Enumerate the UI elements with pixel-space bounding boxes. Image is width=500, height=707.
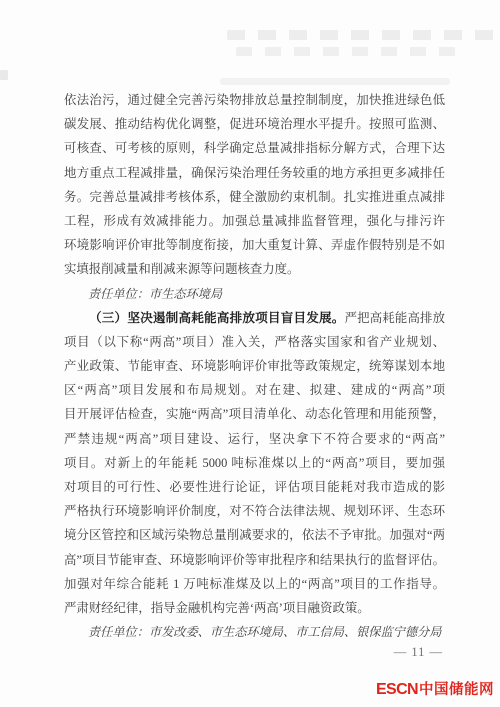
- text-segment: 严禁违规“两高”项目建设、运行，坚决拿下不符合要求的“两高”: [64, 432, 445, 446]
- text-line: 严格执行环境影响评价制度，对不符合法律法规、规划环评、生态环: [64, 499, 445, 523]
- text-segment: 产业政策、节能审查、环境影响评价审批等政策规定，统筹谋划本地: [64, 359, 445, 373]
- text-segment: 目开展评估检查，实施“两高”项目清单化、动态化管理和用能预警，: [64, 407, 445, 421]
- document-text: 依法治污，通过健全完善污染物排放总量控制制度，加快推进绿色低碳发展、推动结构优化…: [64, 88, 445, 644]
- text-line: 高”项目节能审查、环境影响评价等审批程序和结果执行的监督评估。: [64, 548, 445, 572]
- paragraph-section-3-two-high-projects: （三）坚决遏制高耗能高排放项目盲目发展。严把高耗能高排放项目（以下称“两高”项目…: [64, 306, 445, 620]
- text-segment: 环境影响评价审批等制度衔接，加大重复计算、弄虚作假特别是不如: [64, 238, 445, 252]
- text-segment: 严格执行环境影响评价制度，对不符合法律法规、规划环评、生态环: [64, 504, 445, 518]
- text-line: 加强对年综合能耗 1 万吨标准煤及以上的“两高”项目的工作指导。: [64, 572, 445, 596]
- responsibility-unit-1: 责任单位：市生态环境局: [64, 282, 445, 306]
- escn-logo-latin-text: ESCN: [376, 681, 418, 699]
- text-segment: 实填报削减量和削减来源等问题核查力度。: [64, 262, 299, 276]
- text-segment: 加强对年综合能耗 1 万吨标准煤及以上的“两高”项目的工作指导。: [64, 577, 445, 591]
- text-segment: 境分区管控和区域污染物总量削减要求的，依法不予审批。加强对“两: [64, 528, 445, 542]
- text-segment: 区“两高”项目发展和布局规划。对在建、拟建、建成的“两高”项: [64, 383, 445, 397]
- text-segment: 碳发展、推动结构优化调整，促进环境治理水平提升。按照可监测、: [64, 117, 445, 131]
- escn-logo: ESCN 中国储能网: [376, 681, 494, 699]
- text-line: 实填报削减量和削减来源等问题核查力度。: [64, 257, 445, 281]
- text-line: 环境影响评价审批等制度衔接，加大重复计算、弄虚作假特别是不如: [64, 233, 445, 257]
- document-page: 依法治污，通过健全完善污染物排放总量控制制度，加快推进绿色低碳发展、推动结构优化…: [0, 0, 500, 707]
- responsibility-unit-2: 责任单位：市发改委、市生态环境局、市工信局、银保监宁德分局: [64, 620, 445, 644]
- scan-artifact-dashes-second: [236, 47, 464, 56]
- text-segment: 责任单位：市生态环境局: [88, 287, 222, 301]
- text-line: 对项目的可行性、必要性进行论证，评估项目能耗对我市造成的影响。: [64, 475, 445, 499]
- text-line: 地方重点工程减排量，确保污染治理任务较重的地方承担更多减排任: [64, 161, 445, 185]
- text-line: 责任单位：市发改委、市生态环境局、市工信局、银保监宁德分局: [64, 620, 445, 644]
- text-line: 境分区管控和区域污染物总量削减要求的，依法不予审批。加强对“两: [64, 523, 445, 547]
- text-line: 区“两高”项目发展和布局规划。对在建、拟建、建成的“两高”项: [64, 378, 445, 402]
- text-line: 严禁违规“两高”项目建设、运行，坚决拿下不符合要求的“两高”: [64, 427, 445, 451]
- text-line: 依法治污，通过健全完善污染物排放总量控制制度，加快推进绿色低: [64, 88, 445, 112]
- text-line: 务。完善总量减排考核体系，健全激励约束机制。扎实推进重点减排: [64, 185, 445, 209]
- bold-heading-segment: （三）坚决遏制高耗能高排放项目盲目发展。: [89, 311, 345, 325]
- text-segment: 可核查、可考核的原则，科学确定总量减排指标分解方式，合理下达: [64, 141, 445, 155]
- text-segment: 项目。对新上的年能耗 5000 吨标准煤以上的“两高”项目，要加强: [64, 456, 445, 470]
- text-line: 目开展评估检查，实施“两高”项目清单化、动态化管理和用能预警，: [64, 402, 445, 426]
- text-line: 项目（以下称“两高”项目）准入关，严格落实国家和省产业规划、: [64, 330, 445, 354]
- text-segment: 高”项目节能审查、环境影响评价等审批程序和结果执行的监督评估。: [64, 553, 445, 567]
- text-segment: 地方重点工程减排量，确保污染治理任务较重的地方承担更多减排任: [64, 166, 445, 180]
- text-line: 严肃财经纪律，指导金融机构完善‘两高’项目融资政策。: [64, 596, 445, 620]
- text-line: 碳发展、推动结构优化调整，促进环境治理水平提升。按照可监测、: [64, 112, 445, 136]
- text-segment: 严把高耗能高排放: [345, 311, 445, 325]
- scan-artifact-dashes-top: [227, 30, 497, 40]
- text-line: 项目。对新上的年能耗 5000 吨标准煤以上的“两高”项目，要加强: [64, 451, 445, 475]
- text-segment: 项目（以下称“两高”项目）准入关，严格落实国家和省产业规划、: [64, 335, 445, 349]
- text-segment: 严肃财经纪律，指导金融机构完善‘两高’项目融资政策。: [64, 601, 370, 615]
- escn-logo-chinese-text: 中国储能网: [419, 681, 494, 699]
- text-line: （三）坚决遏制高耗能高排放项目盲目发展。严把高耗能高排放: [64, 306, 445, 330]
- page-number: — 11 —: [394, 645, 443, 660]
- text-segment: 责任单位：市发改委、市生态环境局、市工信局、银保监宁德分局: [88, 625, 441, 639]
- text-segment: 依法治污，通过健全完善污染物排放总量控制制度，加快推进绿色低: [64, 93, 445, 107]
- scan-artifact-smudge: [220, 78, 450, 85]
- scan-artifact-left-edge: [0, 70, 8, 80]
- text-line: 工程，形成有效减排能力。加强总量减排监督管理，强化与排污许可、: [64, 209, 445, 233]
- paragraph-total-emission-control: 依法治污，通过健全完善污染物排放总量控制制度，加快推进绿色低碳发展、推动结构优化…: [64, 88, 445, 282]
- text-line: 可核查、可考核的原则，科学确定总量减排指标分解方式，合理下达: [64, 136, 445, 160]
- text-segment: 工程，形成有效减排能力。加强总量减排监督管理，强化与排污许可、: [64, 214, 445, 233]
- text-segment: 对项目的可行性、必要性进行论证，评估项目能耗对我市造成的影响。: [64, 480, 445, 499]
- text-line: 责任单位：市生态环境局: [64, 282, 445, 306]
- text-line: 产业政策、节能审查、环境影响评价审批等政策规定，统筹谋划本地: [64, 354, 445, 378]
- text-segment: 务。完善总量减排考核体系，健全激励约束机制。扎实推进重点减排: [64, 190, 445, 204]
